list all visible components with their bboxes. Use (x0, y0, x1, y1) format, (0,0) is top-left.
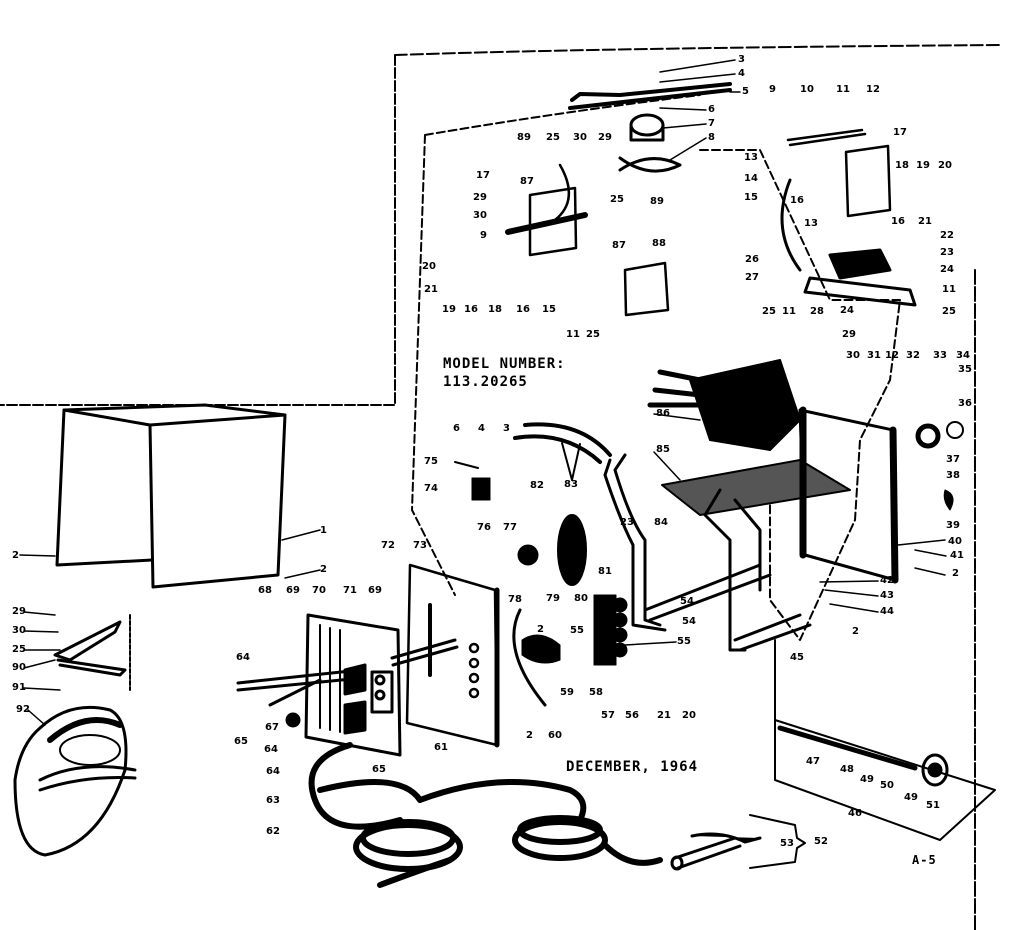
knob-part-36 (918, 426, 938, 446)
callout-71: 71 (343, 585, 357, 596)
callout-11: 11 (836, 84, 850, 95)
callout-15: 15 (542, 304, 556, 315)
callout-26: 26 (745, 254, 759, 265)
bracket-part-59 (522, 635, 560, 663)
callout-51: 51 (926, 800, 940, 811)
transformer-assembly (650, 360, 800, 450)
callout-79: 79 (546, 593, 560, 604)
callout-14: 14 (744, 173, 758, 184)
callout-23: 23 (940, 247, 954, 258)
callout-65: 65 (234, 736, 248, 747)
diagram-date: DECEMBER, 1964 (566, 759, 698, 775)
page-identifier: A-5 (912, 852, 937, 868)
callout-1: 1 (320, 525, 327, 536)
fan-motor (620, 115, 680, 171)
callout-24: 24 (940, 264, 954, 275)
callout-17: 17 (476, 170, 490, 181)
callout-5: 5 (742, 86, 749, 97)
callout-58: 58 (589, 687, 603, 698)
callout-87: 87 (520, 176, 534, 187)
callout-49: 49 (904, 792, 918, 803)
callout-53: 53 (780, 838, 794, 849)
callout-68: 68 (258, 585, 272, 596)
callout-76: 76 (477, 522, 491, 533)
handle-part-5 (570, 84, 730, 108)
ground-clamp-90 (55, 615, 130, 690)
callout-4: 4 (738, 68, 745, 79)
callout-63: 63 (266, 795, 280, 806)
callout-44: 44 (880, 606, 894, 617)
callout-21: 21 (918, 216, 932, 227)
callout-27: 27 (745, 272, 759, 283)
callout-3: 3 (503, 423, 510, 434)
callout-11: 11 (782, 306, 796, 317)
callout-34: 34 (956, 350, 970, 361)
callout-2: 2 (852, 626, 859, 637)
callout-55: 55 (570, 625, 584, 636)
callout-69: 69 (368, 585, 382, 596)
arc-part-83 (525, 424, 610, 455)
switch-part-74 (472, 478, 490, 500)
callout-25: 25 (942, 306, 956, 317)
callout-69: 69 (286, 585, 300, 596)
callout-16: 16 (516, 304, 530, 315)
callout-30: 30 (573, 132, 587, 143)
callout-64: 64 (264, 744, 278, 755)
callout-33: 33 (933, 350, 947, 361)
callout-54: 54 (682, 616, 696, 627)
callout-84: 84 (654, 517, 668, 528)
model-number-label: MODEL NUMBER: (443, 356, 566, 372)
callout-49: 49 (860, 774, 874, 785)
callout-3: 3 (738, 54, 745, 65)
rectifier-block (805, 250, 915, 305)
callout-64: 64 (266, 766, 280, 777)
callout-20: 20 (682, 710, 696, 721)
callout-2: 2 (526, 730, 533, 741)
cabinet-part-1 (57, 405, 285, 587)
callout-43: 43 (880, 590, 894, 601)
callout-82: 82 (530, 480, 544, 491)
callout-29: 29 (12, 606, 26, 617)
callout-70: 70 (312, 585, 326, 596)
lead-cables-67 (238, 640, 457, 705)
coil-part-80 (558, 515, 586, 585)
callout-28: 28 (810, 306, 824, 317)
callout-2: 2 (537, 624, 544, 635)
callout-52: 52 (814, 836, 828, 847)
callout-10: 10 (800, 84, 814, 95)
front-panel (306, 615, 400, 755)
grille-part-85 (662, 460, 850, 515)
callout-9: 9 (480, 230, 487, 241)
callout-60: 60 (548, 730, 562, 741)
callout-32: 32 (906, 350, 920, 361)
callout-6: 6 (708, 104, 715, 115)
clip-part-39 (944, 490, 953, 510)
model-number-value: 113.20265 (443, 374, 528, 390)
callout-22: 22 (940, 230, 954, 241)
callout-83: 83 (564, 479, 578, 490)
callout-18: 18 (895, 160, 909, 171)
callout-90: 90 (12, 662, 26, 673)
callout-81: 81 (598, 566, 612, 577)
callout-78: 78 (508, 594, 522, 605)
callout-41: 41 (950, 550, 964, 561)
callout-25: 25 (12, 644, 26, 655)
callout-74: 74 (424, 483, 438, 494)
callout-25: 25 (762, 306, 776, 317)
callout-72: 72 (381, 540, 395, 551)
callout-9: 9 (769, 84, 776, 95)
callout-31: 31 (867, 350, 881, 361)
callout-29: 29 (473, 192, 487, 203)
callout-23: 23 (620, 517, 634, 528)
callout-13: 13 (804, 218, 818, 229)
callout-7: 7 (708, 118, 715, 129)
callout-87: 87 (612, 240, 626, 251)
callout-labels: 3456789101112171314151613181920162122232… (12, 54, 972, 849)
callout-16: 16 (891, 216, 905, 227)
callout-19: 19 (442, 304, 456, 315)
callout-8: 8 (708, 132, 715, 143)
terminal-block-58 (594, 595, 627, 665)
callout-46: 46 (848, 808, 862, 819)
callout-42: 42 (880, 575, 894, 586)
callout-30: 30 (12, 625, 26, 636)
callout-13: 13 (744, 152, 758, 163)
callout-48: 48 (840, 764, 854, 775)
callout-2: 2 (320, 564, 327, 575)
callout-45: 45 (790, 652, 804, 663)
callout-20: 20 (938, 160, 952, 171)
panel-part-88 (625, 263, 668, 315)
callout-18: 18 (488, 304, 502, 315)
callout-80: 80 (574, 593, 588, 604)
callout-36: 36 (958, 398, 972, 409)
callout-88: 88 (652, 238, 666, 249)
callout-59: 59 (560, 687, 574, 698)
callout-38: 38 (946, 470, 960, 481)
callout-29: 29 (598, 132, 612, 143)
callout-15: 15 (744, 192, 758, 203)
callout-6: 6 (453, 423, 460, 434)
callout-85: 85 (656, 444, 670, 455)
callout-61: 61 (434, 742, 448, 753)
callout-19: 19 (916, 160, 930, 171)
callout-29: 29 (842, 329, 856, 340)
callout-25: 25 (586, 329, 600, 340)
callout-11: 11 (566, 329, 580, 340)
callout-50: 50 (880, 780, 894, 791)
callout-89: 89 (650, 196, 664, 207)
parts-diagram: 3456789101112171314151613181920162122232… (0, 0, 1024, 930)
callout-12: 12 (866, 84, 880, 95)
callout-73: 73 (413, 540, 427, 551)
callout-4: 4 (478, 423, 485, 434)
callout-37: 37 (946, 454, 960, 465)
callout-64: 64 (236, 652, 250, 663)
callout-25: 25 (610, 194, 624, 205)
callout-62: 62 (266, 826, 280, 837)
callout-24: 24 (840, 305, 854, 316)
callout-20: 20 (422, 261, 436, 272)
callout-2: 2 (12, 550, 19, 561)
callout-16: 16 (464, 304, 478, 315)
bushing-part-64 (286, 713, 300, 727)
callout-30: 30 (846, 350, 860, 361)
callout-65: 65 (372, 764, 386, 775)
callout-86: 86 (656, 408, 670, 419)
callout-16: 16 (790, 195, 804, 206)
callout-57: 57 (601, 710, 615, 721)
callout-11: 11 (942, 284, 956, 295)
callout-30: 30 (473, 210, 487, 221)
callout-21: 21 (657, 710, 671, 721)
callout-55: 55 (677, 636, 691, 647)
section-border-top (0, 55, 395, 405)
callout-47: 47 (806, 756, 820, 767)
callout-89: 89 (517, 132, 531, 143)
welding-helmet-92 (15, 707, 135, 855)
callout-54: 54 (680, 596, 694, 607)
callout-91: 91 (12, 682, 26, 693)
callout-21: 21 (424, 284, 438, 295)
callout-17: 17 (893, 127, 907, 138)
callout-67: 67 (265, 722, 279, 733)
callout-92: 92 (16, 704, 30, 715)
callout-39: 39 (946, 520, 960, 531)
callout-35: 35 (958, 364, 972, 375)
callout-12: 12 (885, 350, 899, 361)
callout-2: 2 (952, 568, 959, 579)
back-panel (407, 565, 497, 745)
callout-75: 75 (424, 456, 438, 467)
callout-40: 40 (948, 536, 962, 547)
callout-56: 56 (625, 710, 639, 721)
callout-25: 25 (546, 132, 560, 143)
callout-77: 77 (503, 522, 517, 533)
